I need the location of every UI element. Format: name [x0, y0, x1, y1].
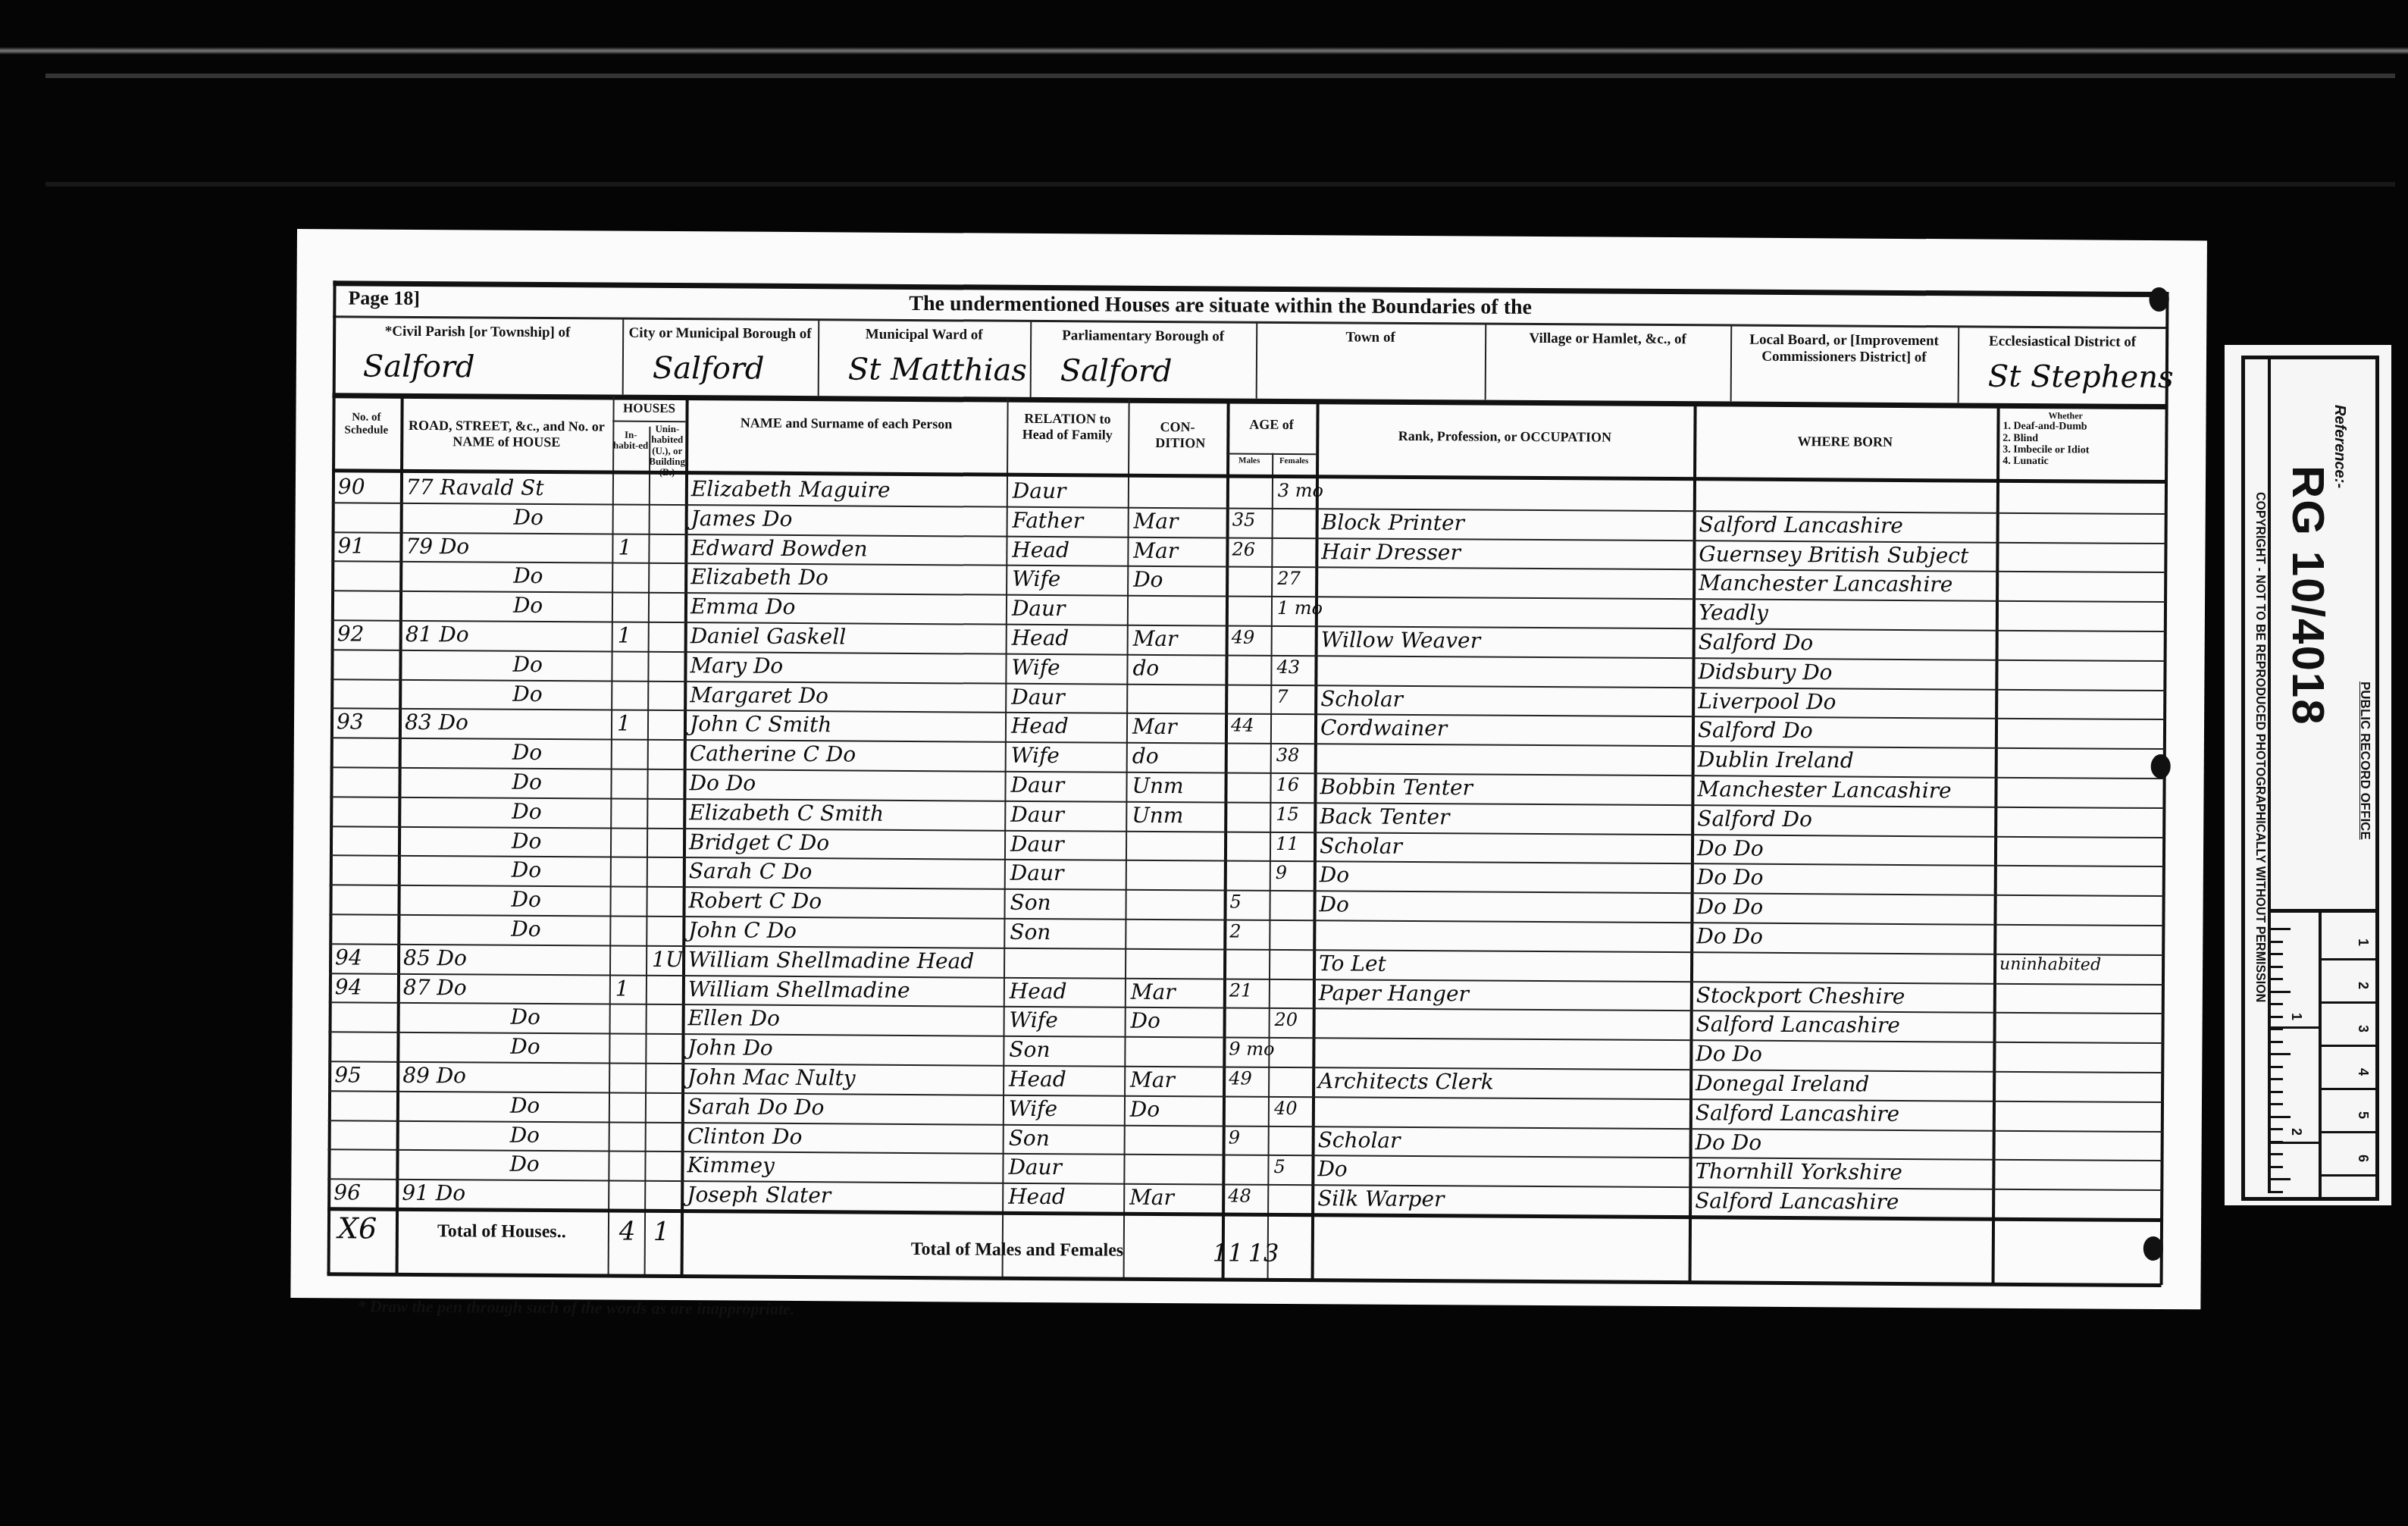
cell-where-born: Stockport Cheshire [1696, 982, 1905, 1009]
cell-condition: Mar [1129, 1185, 1174, 1210]
cell-condition: Unm [1132, 803, 1183, 828]
cell-condition: Do [1130, 1097, 1160, 1122]
locality-value: St Matthias [848, 352, 1027, 387]
ruler-tick [2271, 1191, 2283, 1193]
cell-where-born: Yeadly [1699, 600, 1768, 625]
infirmity-title: Whether [2002, 411, 2089, 421]
cell-where-born: Salford Lancashire [1696, 1100, 1899, 1126]
cell-name: Margaret Do [690, 682, 828, 708]
ruler-inch-label: 2 [2288, 1128, 2304, 1136]
locality-label: Local Board, or [Improvement Commissione… [1736, 332, 1952, 367]
cell-infirmity: uninhabited [1999, 955, 2101, 975]
cell-name: Elizabeth Do [690, 565, 828, 591]
record-office-label: PUBLIC RECORD OFFICE [2357, 682, 2372, 840]
cell-name: Emma Do [690, 594, 796, 619]
ruler-tick [2271, 928, 2291, 930]
cell-name: William Shellmadine [688, 976, 910, 1003]
ruler-tick [2271, 1053, 2291, 1055]
cell-schedule: 90 [338, 474, 365, 499]
cell-male-age: 5 [1230, 891, 1242, 913]
ruler-tick [2271, 1078, 2283, 1080]
cell-address: Do [510, 1034, 540, 1059]
film-scan-streak [0, 47, 2408, 55]
cell-relation: Son [1009, 1125, 1050, 1150]
column-header-occupation: Rank, Profession, or OCCUPATION [1316, 428, 1693, 446]
cell-address: Do [512, 652, 543, 677]
cell-female-age: 5 [1273, 1156, 1285, 1177]
column-header-females: Females [1272, 456, 1316, 465]
cell-where-born: Manchester Lancashire [1699, 571, 1952, 597]
cell-female-age: 43 [1276, 656, 1300, 678]
cell-where-born: Do Do [1696, 894, 1763, 920]
locality-label: Town of [1262, 329, 1479, 347]
column-header-condition: CON-DITION [1128, 419, 1226, 451]
locality-value: Salford [1060, 353, 1173, 389]
locality-label: City or Municipal Borough of [628, 325, 812, 343]
rule [1226, 453, 1316, 455]
cell-relation: Wife [1011, 655, 1060, 680]
cell-male-age: 49 [1232, 627, 1255, 648]
cell-female-age: 16 [1276, 774, 1299, 795]
copyright-notice: COPYRIGHT - NOT TO BE REPRODUCED PHOTOGR… [2253, 492, 2266, 1002]
cell-inhabited: 1 [617, 711, 631, 736]
film-scan-streak [45, 182, 2395, 186]
cell-male-age: 21 [1229, 979, 1253, 1001]
cell-address: Do [512, 799, 542, 824]
cell-condition: Mar [1131, 979, 1176, 1004]
locality-divider [1485, 324, 1487, 400]
cell-female-age: 7 [1276, 685, 1288, 707]
cell-name: John Do [687, 1035, 773, 1061]
cell-address: Do [512, 769, 542, 794]
cell-where-born: Dublin Ireland [1698, 747, 1854, 772]
cell-where-born: Salford Do [1698, 718, 1813, 744]
ticket-frame: Reference:- RG 10/4018 PUBLIC RECORD OFF… [2241, 356, 2379, 1201]
cell-occupation: Block Printer [1322, 509, 1465, 535]
cell-relation: Son [1010, 890, 1051, 915]
cell-occupation: To Let [1319, 951, 1386, 976]
cell-name: John Mac Nulty [687, 1064, 856, 1090]
cell-where-born: Do Do [1696, 923, 1763, 949]
cell-where-born: Thornhill Yorkshire [1695, 1159, 1902, 1186]
ruler-cm-label: 3 [2355, 1025, 2371, 1032]
binding-hole [2151, 754, 2171, 779]
cell-address: Do [511, 1004, 541, 1029]
cell-where-born: Donegal Ireland [1696, 1070, 1869, 1096]
cell-name: Clinton Do [687, 1123, 803, 1149]
cell-name: Bridget C Do [689, 829, 829, 855]
rule [327, 1272, 2162, 1287]
cell-inhabited: 1 [615, 976, 629, 1001]
cell-condition: do [1132, 744, 1159, 769]
locality-divider [818, 320, 820, 396]
cell-address: Do [514, 505, 544, 530]
cell-occupation: Do [1320, 863, 1350, 888]
cell-occupation: Paper Hanger [1319, 980, 1469, 1006]
cell-condition: Unm [1132, 773, 1183, 798]
cell-occupation: Back Tenter [1320, 804, 1449, 829]
cell-address: 79 Do [406, 533, 469, 559]
infirmity-option: 3. Imbecile or Idiot [2002, 444, 2089, 456]
cell-where-born: Salford Lancashire [1696, 1012, 1900, 1039]
cell-schedule: 91 [337, 533, 365, 558]
cell-address: Do [513, 593, 543, 618]
cell-address: Do [512, 887, 542, 912]
cell-relation: Son [1010, 920, 1051, 945]
cell-address: 77 Ravald St [406, 475, 544, 500]
ruler-tick [2271, 1003, 2283, 1005]
footnote: * Draw the pen through such of the words… [357, 1297, 794, 1320]
cell-relation: Daur [1008, 1155, 1062, 1180]
ruler-tick [2271, 1166, 2283, 1168]
ruler-cm-mark [2322, 1088, 2375, 1090]
cell-address: Do [513, 563, 543, 588]
ruler-cm-mark [2322, 1131, 2375, 1133]
locality-divider [622, 319, 625, 395]
census-form: Page 18] The undermentioned Houses are s… [327, 280, 2168, 1255]
page-number: Page 18] [348, 287, 420, 310]
column-header-males: Males [1226, 456, 1272, 465]
reference-ticket: Reference:- RG 10/4018 PUBLIC RECORD OFF… [2225, 345, 2391, 1205]
cell-female-age: 27 [1277, 568, 1301, 589]
cell-female-age: 1 mo [1277, 597, 1321, 619]
cell-address: 91 Do [402, 1180, 465, 1206]
cell-relation: Daur [1010, 802, 1064, 827]
cell-condition: Mar [1134, 509, 1179, 534]
column-header-age: AGE of [1226, 416, 1316, 432]
infirmity-option: 4. Lunatic [2002, 456, 2089, 468]
cell-where-born: Salford Lancashire [1695, 1188, 1899, 1214]
cell-occupation: Scholar [1318, 1127, 1401, 1153]
infirmity-option: 2. Blind [2002, 432, 2089, 444]
cell-occupation: Architects Clerk [1318, 1068, 1494, 1094]
cell-address: Do [512, 857, 542, 882]
cell-address: 87 Do [403, 974, 467, 1000]
cell-occupation: Scholar [1320, 686, 1403, 712]
ruler-cm-label: 1 [2355, 938, 2371, 946]
cell-name: Daniel Gaskell [690, 623, 847, 649]
ruler-inch-mark [2271, 1142, 2319, 1144]
reference-number: RG 10/4018 [2282, 465, 2334, 726]
cell-relation: Head [1008, 1184, 1066, 1209]
ruler-divider [2319, 909, 2322, 1197]
cell-address: 85 Do [403, 945, 467, 971]
cell-female-age: 15 [1276, 804, 1299, 825]
cell-relation: Wife [1010, 1007, 1058, 1032]
cell-name: Mary Do [690, 653, 783, 678]
locality-divider [1256, 323, 1258, 399]
cell-schedule: 95 [334, 1062, 362, 1087]
cell-inhabited: 1 [618, 623, 631, 648]
cell-occupation: Do [1317, 1157, 1348, 1182]
cell-address: Do [512, 828, 542, 853]
schedule-tally: X6 [338, 1211, 377, 1245]
locality-divider [1730, 326, 1733, 402]
cell-relation: Daur [1010, 772, 1064, 797]
cell-name: John C Do [688, 917, 797, 943]
ruler-tick [2271, 953, 2283, 955]
cell-schedule: 93 [337, 710, 364, 735]
cell-relation: Head [1012, 625, 1069, 650]
cell-inhabited: 1 [618, 534, 631, 559]
cell-name: Robert C Do [688, 888, 822, 913]
binding-hole [2143, 1236, 2163, 1261]
locality-value: Salford [363, 349, 475, 385]
cell-occupation: Scholar [1320, 833, 1402, 859]
ruler-tick [2271, 966, 2283, 968]
ruler-tick [2271, 1091, 2283, 1093]
cell-relation: Daur [1010, 860, 1064, 885]
cell-name: Elizabeth C Smith [689, 800, 884, 826]
cell-female-age: 9 [1276, 862, 1287, 883]
column-header-where-born: WHERE BORN [1693, 433, 1996, 450]
cell-address: 83 Do [405, 710, 468, 735]
ruler-cm-label: 5 [2355, 1111, 2371, 1119]
column-header-schedule: No. of Schedule [332, 411, 400, 437]
cell-name: Kimmey [687, 1153, 775, 1179]
cell-male-age: 26 [1232, 538, 1255, 559]
ruler-tick [2271, 1178, 2291, 1180]
cell-relation: Head [1009, 1067, 1066, 1092]
ruler-tick [2271, 1066, 2283, 1068]
column-header-infirmity: Whether1. Deaf-and-Dumb2. Blind3. Imbeci… [2002, 411, 2090, 468]
column-header-relation: RELATION to Head of Family [1007, 411, 1128, 443]
ruler-tick [2271, 978, 2283, 980]
cell-occupation: Bobbin Tenter [1320, 774, 1473, 800]
cell-female-age: 38 [1276, 744, 1300, 766]
cell-occupation: Silk Warper [1317, 1186, 1444, 1211]
cell-name: Elizabeth Maguire [691, 476, 891, 503]
cell-condition: Mar [1132, 714, 1177, 739]
total-persons-label: Total of Males and Females [911, 1239, 1124, 1261]
rule [612, 421, 685, 423]
ruler-tick [2271, 1103, 2283, 1105]
column-header-inhabited: In-habit-ed [612, 430, 649, 452]
column-header-address: ROAD, STREET, &c., and No. or NAME of HO… [400, 418, 612, 450]
total-males: 11 [1213, 1238, 1244, 1267]
cell-address: Do [509, 1152, 540, 1177]
column-header-houses: HOUSES [613, 401, 686, 416]
locality-label: Parliamentary Borough of [1036, 327, 1250, 346]
ruler-tick [2271, 1041, 2283, 1043]
cell-occupation: Willow Weaver [1321, 627, 1481, 653]
ruler-tick [2271, 941, 2283, 943]
ruler-cm-label: 2 [2355, 982, 2371, 989]
infirmity-option: 1. Deaf-and-Dumb [2002, 421, 2089, 433]
locality-divider [1958, 327, 1960, 403]
cell-name: James Do [691, 506, 793, 531]
locality-label: *Civil Parish [or Township] of [339, 323, 616, 341]
total-inhabited: 4 [619, 1217, 636, 1247]
cell-female-age: 40 [1274, 1098, 1298, 1119]
page-banner: The undermentioned Houses are situate wi… [909, 292, 1532, 320]
cell-name: Ellen Do [688, 1006, 780, 1032]
census-page: Page 18] The undermentioned Houses are s… [290, 229, 2207, 1309]
total-females: 13 [1248, 1239, 1279, 1267]
cell-where-born: Salford Do [1699, 629, 1814, 655]
cell-male-age: 9 [1229, 1126, 1240, 1148]
cell-relation: Daur [1012, 596, 1066, 621]
cell-condition: Mar [1133, 626, 1178, 651]
ruler-tick [2271, 1116, 2291, 1118]
cell-male-age: 35 [1232, 509, 1256, 530]
cell-address: Do [512, 740, 543, 765]
cell-female-age: 11 [1276, 832, 1299, 854]
cell-where-born: Do Do [1696, 1130, 1762, 1155]
cell-relation: Head [1010, 978, 1067, 1003]
cell-condition: Do [1131, 1008, 1161, 1033]
cell-where-born: Salford Do [1697, 806, 1812, 832]
ruler-tick [2271, 1016, 2283, 1018]
ruler-tick [2271, 1128, 2283, 1130]
cell-relation: Daur [1011, 684, 1065, 709]
cell-address: Do [510, 1122, 540, 1147]
cell-schedule: 96 [333, 1180, 361, 1205]
cell-female-age: 20 [1275, 1009, 1298, 1030]
cell-relation: Head [1011, 713, 1069, 738]
cell-female-age: 3 mo [1278, 480, 1322, 501]
cell-occupation: Do [1319, 891, 1349, 917]
cell-male-age: 49 [1229, 1068, 1252, 1089]
cell-address: 89 Do [402, 1063, 466, 1089]
cell-name: William Shellmadine Head [688, 947, 974, 973]
cell-relation: Wife [1009, 1096, 1057, 1121]
column-header-uninhabited: Unin-habited (U.), or Building (B.) [649, 424, 685, 478]
cell-address: Do [512, 681, 543, 706]
cell-where-born: Liverpool Do [1698, 688, 1836, 714]
cell-where-born: Do Do [1697, 865, 1764, 891]
locality-value: Salford [653, 351, 765, 387]
cell-name: Edward Bowden [690, 535, 867, 561]
cell-schedule: 94 [335, 974, 362, 999]
cell-where-born: Guernsey British Subject [1699, 541, 1968, 568]
cell-relation: Daur [1010, 831, 1064, 856]
column-header-name: NAME and Surname of each Person [685, 415, 1007, 432]
cell-condition: Mar [1130, 1067, 1175, 1092]
total-uninhabited: 1 [653, 1217, 670, 1247]
cell-uninhabited: 1U [652, 947, 684, 972]
locality-label: Ecclesiastical District of [1964, 333, 2161, 351]
cell-relation: Head [1012, 537, 1069, 562]
cell-where-born: Salford Lancashire [1699, 512, 1903, 538]
locality-divider [1030, 321, 1032, 397]
cell-male-age: 44 [1231, 715, 1254, 736]
cell-occupation: Hair Dresser [1321, 539, 1461, 565]
cell-relation: Daur [1013, 478, 1066, 503]
locality-label: Village or Hamlet, &c., of [1491, 331, 1724, 349]
cell-where-born: Manchester Lancashire [1697, 776, 1951, 803]
cell-where-born: Do Do [1696, 1041, 1762, 1067]
cell-where-born: Do Do [1697, 835, 1764, 861]
ruler-tick [2271, 991, 2291, 993]
binding-hole [2149, 287, 2168, 312]
ruler-inch-label: 1 [2288, 1013, 2304, 1020]
ruler-tick [2271, 1153, 2283, 1155]
rule [333, 393, 2167, 409]
cell-schedule: 92 [337, 621, 365, 646]
film-scan-streak [45, 74, 2395, 78]
ruler-top [2268, 909, 2375, 913]
locality-value: St Stephens [1988, 359, 2174, 395]
cell-male-age: 9 mo [1229, 1039, 1274, 1060]
cell-schedule: 94 [335, 945, 362, 970]
cell-name: Joseph Slater [687, 1182, 831, 1208]
cell-relation: Son [1009, 1037, 1050, 1062]
cell-occupation: Cordwainer [1320, 716, 1447, 741]
cell-name: John C Smith [690, 712, 832, 738]
cell-condition: do [1132, 656, 1159, 681]
total-houses-label: Total of Houses.. [437, 1221, 566, 1242]
cell-male-age: 2 [1229, 921, 1241, 942]
cell-where-born: Didsbury Do [1698, 659, 1832, 685]
cell-address: 81 Do [406, 622, 469, 647]
ruler-cm-mark [2322, 958, 2375, 960]
cell-name: Do Do [689, 770, 756, 796]
cell-male-age: 48 [1228, 1186, 1251, 1207]
cell-relation: Father [1013, 508, 1084, 534]
ruler-cm-mark [2322, 1174, 2375, 1177]
cell-address: Do [511, 917, 541, 942]
ruler-cm-label: 4 [2355, 1068, 2371, 1076]
cell-address: Do [510, 1093, 540, 1118]
cell-name: Catherine C Do [690, 741, 856, 766]
cell-name: Sarah Do Do [687, 1094, 825, 1120]
cell-condition: Do [1133, 567, 1163, 592]
cell-condition: Mar [1133, 537, 1178, 562]
locality-label: Municipal Ward of [824, 326, 1024, 344]
cell-relation: Wife [1011, 743, 1060, 768]
ruler-cm-mark [2322, 1045, 2375, 1047]
ruler-cm-mark [2322, 1001, 2375, 1004]
cell-relation: Wife [1012, 566, 1060, 591]
ruler-inch-mark [2271, 1026, 2319, 1029]
cell-name: Sarah C Do [689, 859, 813, 885]
ruler-cm-label: 6 [2355, 1155, 2371, 1162]
